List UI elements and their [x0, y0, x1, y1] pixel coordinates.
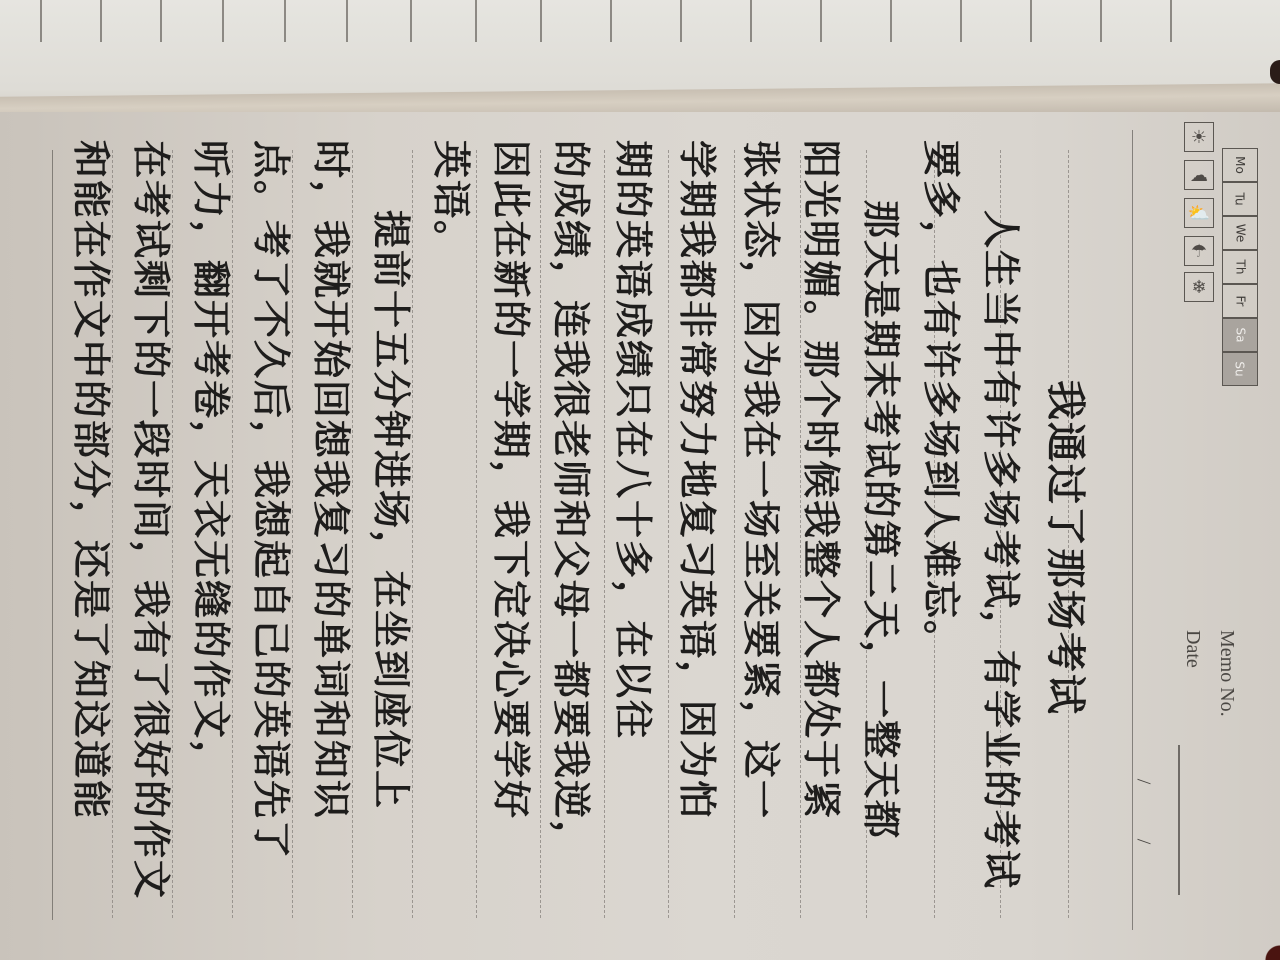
- rule-line: [610, 0, 612, 42]
- essay-line: 期的英语成绩只在八十多，在以往: [614, 140, 652, 740]
- weekday-th: Th: [1222, 250, 1258, 284]
- rule-line: [1170, 0, 1172, 42]
- rule-line: [820, 0, 822, 42]
- date-separator: /: [1131, 839, 1154, 845]
- essay-line: 学期我都非常努力地复习英语，因为怕: [678, 140, 716, 820]
- weekday-we: We: [1222, 216, 1258, 250]
- rule-line: [750, 0, 752, 42]
- weekday-sa: Sa: [1222, 318, 1258, 352]
- rule-line: [222, 0, 224, 42]
- weekday-mo: Mo: [1222, 148, 1258, 182]
- cloudy-icon: ⛅: [1184, 198, 1214, 228]
- rule-line: [540, 0, 542, 42]
- essay-line: 因此在新的一学期，我下定决心要学好: [492, 140, 530, 820]
- memo-no-label: Memo No.: [1215, 630, 1238, 717]
- rule-line: [346, 0, 348, 42]
- essay-line: 要多，也有许多场到人难忘。: [922, 140, 960, 660]
- essay-line: 点。考了不久后，我想起自己的英语先了: [252, 140, 290, 860]
- essay-line: 提前十五分钟进场，在坐到座位上: [372, 210, 410, 810]
- rule-line: [668, 150, 669, 920]
- essay-line: 阳光明媚。那个时候我整个人都处于紧: [802, 140, 840, 820]
- rule-line: [540, 150, 541, 920]
- rule-line: [1030, 0, 1032, 42]
- rule-line: [475, 0, 477, 42]
- rule-line: [890, 0, 892, 42]
- rain-icon: ☂: [1184, 236, 1214, 266]
- notebook-cover-edge: [1270, 60, 1280, 84]
- weekday-su: Su: [1222, 352, 1258, 386]
- rule-line: [100, 0, 102, 42]
- rule-line: [680, 0, 682, 42]
- rule-line: [960, 0, 962, 42]
- essay-title: 我通过了那场考试: [1045, 380, 1085, 716]
- essay-line: 和能在作文中的部分，还是了知这道能: [72, 140, 110, 820]
- essay-line: 在考试剩下的一段时间，我有了很好的作文: [132, 140, 170, 900]
- rule-line: [160, 0, 162, 42]
- date-label: Date: [1181, 630, 1204, 668]
- rule-line: [604, 150, 605, 920]
- rule-line: [40, 0, 42, 42]
- essay-line: 时，我就开始回想我复习的单词和知识: [312, 140, 350, 820]
- essay-line: 那天是期末考试的第二天，一整天都: [862, 200, 900, 840]
- rule-line: [734, 150, 735, 920]
- snow-icon: ❄: [1184, 272, 1214, 302]
- notebook-cover-corner: [1260, 940, 1280, 960]
- date-separator: /: [1131, 779, 1154, 785]
- cloud-icon: ☁: [1184, 160, 1214, 190]
- essay-line: 的成绩，连我很老师和父母一都要我逆，: [552, 140, 590, 860]
- rule-line: [284, 0, 286, 42]
- essay-line: 听力，翻开考卷，天衣无缝的作文，: [192, 140, 230, 780]
- essay-line: 人生当中有许多场考试，有学业的考试: [982, 210, 1020, 890]
- memo-no-field: [1178, 745, 1180, 895]
- weekday-fr: Fr: [1222, 284, 1258, 318]
- sun-icon: ☀: [1184, 122, 1214, 152]
- essay-line: 张状态，因为我在一场至关要紧，这一: [742, 140, 780, 820]
- rule-line: [1100, 0, 1102, 42]
- rule-line: [410, 0, 412, 42]
- essay-line: 英语。: [432, 140, 470, 260]
- header-divider: [1132, 130, 1133, 930]
- weekday-tu: Tu: [1222, 182, 1258, 216]
- margin-line: [52, 150, 53, 920]
- rule-line: [476, 150, 477, 920]
